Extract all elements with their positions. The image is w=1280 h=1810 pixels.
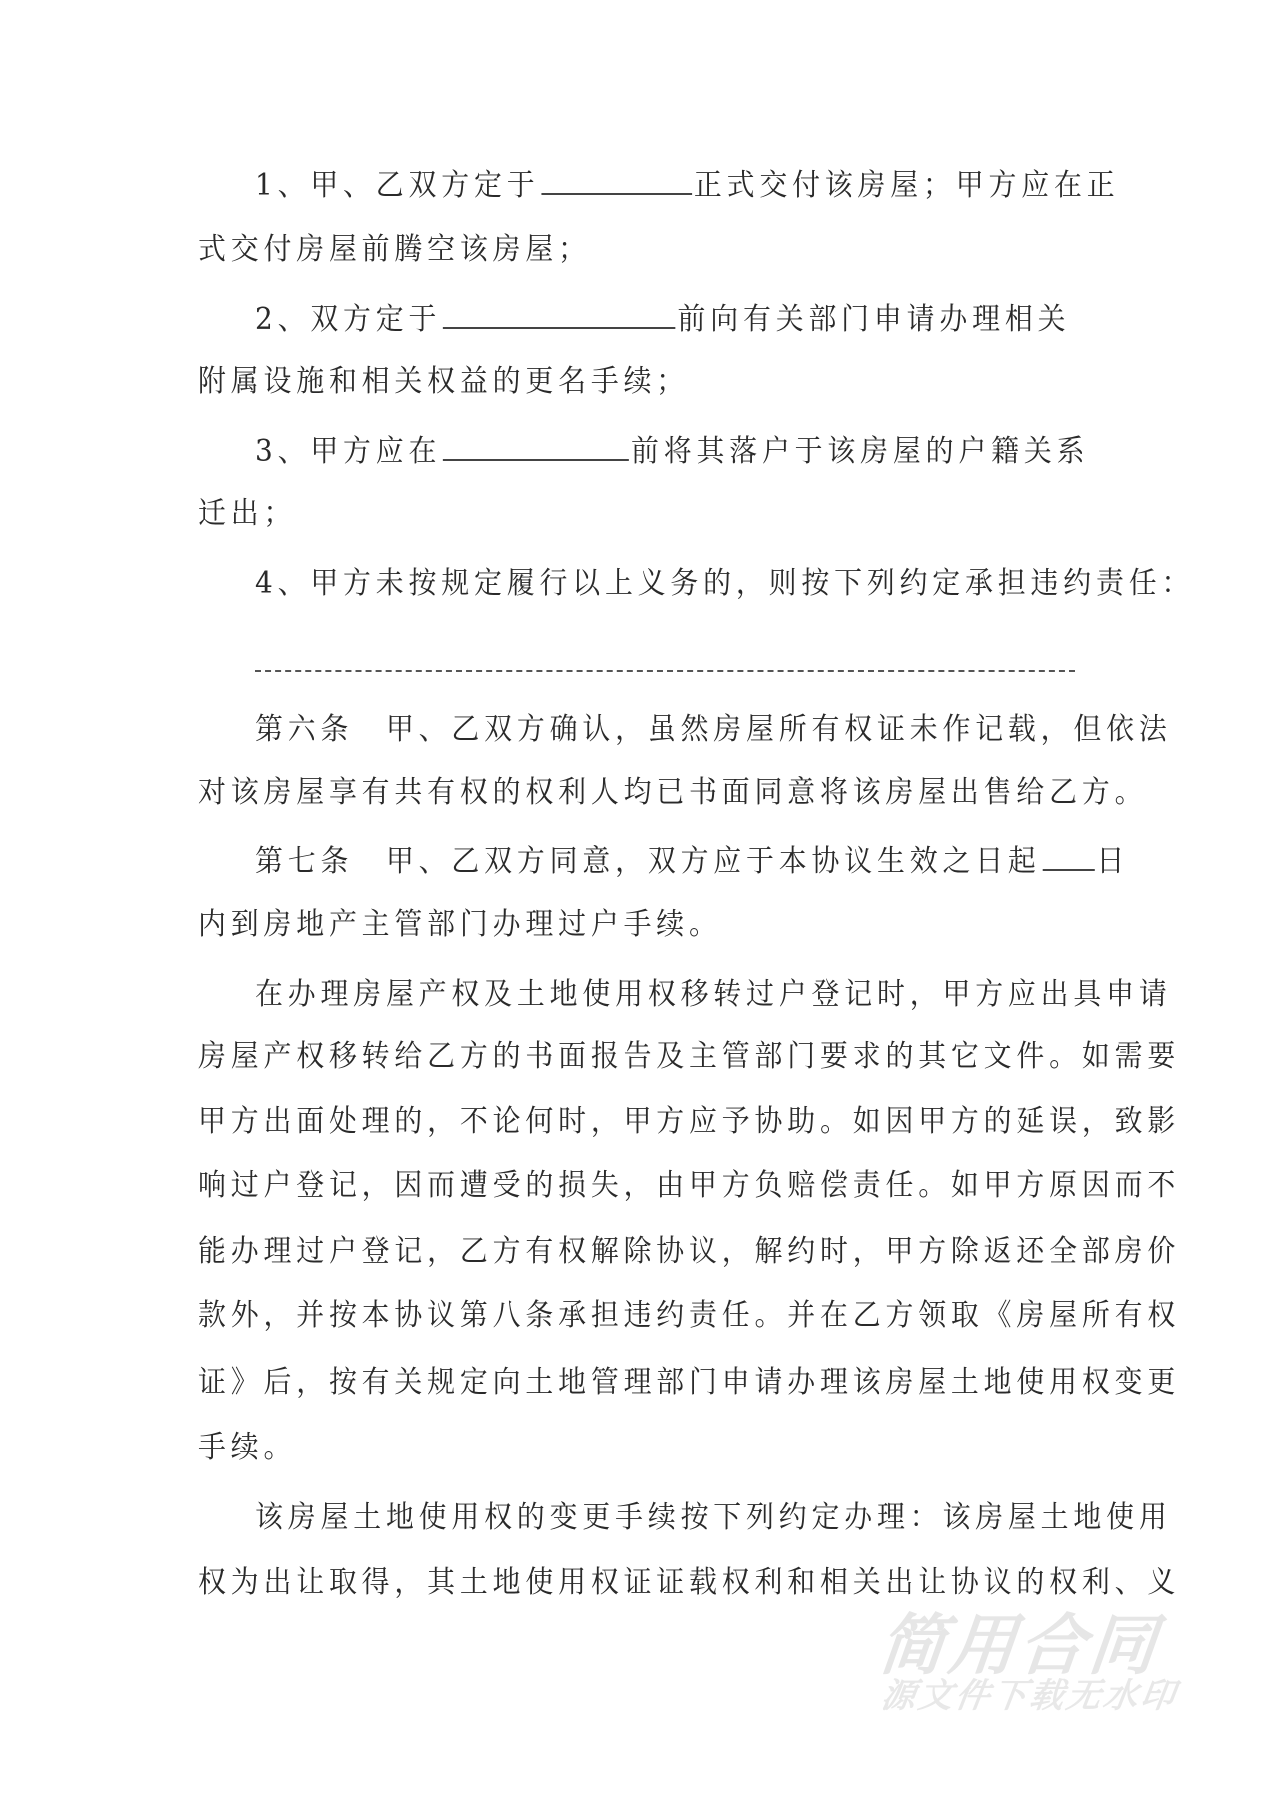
clause-5-item-2: 2、双方定于前向有关部门申请办理相关	[255, 300, 1070, 340]
transfer-paragraph-cont: 甲方出面处理的，不论何时，甲方应予协助。如因甲方的延误，致影	[198, 1102, 1180, 1142]
transfer-paragraph-cont: 房屋产权移转给乙方的书面报告及主管部门要求的其它文件。如需要	[198, 1037, 1180, 1077]
date-blank-field[interactable]	[541, 167, 692, 195]
text: 前将其落户于该房屋的户籍关系	[631, 434, 1089, 469]
date-blank-field[interactable]	[443, 301, 676, 329]
transfer-paragraph-cont: 能办理过户登记，乙方有权解除协议，解约时，甲方除返还全部房价	[198, 1232, 1180, 1272]
text: 第七条 甲、乙双方同意，双方应于本协议生效之日起	[255, 844, 1041, 879]
watermark-subtitle: 源文件下载无水印	[879, 1668, 1182, 1717]
clause-5-item-2-cont: 附属设施和相关权益的更名手续；	[198, 362, 689, 402]
land-use-paragraph: 该房屋土地使用权的变更手续按下列约定办理：该房屋土地使用	[255, 1498, 1172, 1538]
clause-5-item-4: 4、甲方未按规定履行以上义务的，则按下列约定承担违约责任：	[255, 564, 1194, 604]
clause-5-item-3-cont: 迁出；	[198, 494, 296, 534]
transfer-paragraph-cont: 响过户登记，因而遭受的损失，由甲方负赔偿责任。如甲方原因而不	[198, 1166, 1180, 1206]
clause-5-item-1: 1、甲、乙双方定于正式交付该房屋；甲方应在正	[255, 166, 1119, 206]
text: 1、甲、乙双方定于	[255, 168, 539, 203]
clause-5-item-1-cont: 式交付房屋前腾空该房屋；	[198, 230, 591, 270]
clause-6: 第六条 甲、乙双方确认，虽然房屋所有权证未作记载，但依法	[255, 710, 1172, 750]
transfer-paragraph: 在办理房屋产权及土地使用权移转过户登记时，甲方应出具申请	[255, 975, 1172, 1015]
date-blank-field[interactable]	[443, 433, 629, 461]
clause-5-item-3: 3、甲方应在前将其落户于该房屋的户籍关系	[255, 432, 1089, 472]
text: 3、甲方应在	[255, 434, 441, 469]
days-blank-field[interactable]	[1043, 843, 1095, 871]
clause-6-cont: 对该房屋享有共有权的权利人均已书面同意将该房屋出售给乙方。	[198, 773, 1147, 813]
text: 2、双方定于	[255, 302, 441, 337]
transfer-paragraph-cont: 证》后，按有关规定向土地管理部门申请办理该房屋土地使用权变更	[198, 1363, 1180, 1403]
transfer-paragraph-cont: 手续。	[198, 1428, 296, 1468]
text: 日	[1096, 844, 1129, 879]
penalty-blank-line[interactable]	[255, 670, 1075, 672]
clause-7-cont: 内到房地产主管部门办理过户手续。	[198, 905, 722, 945]
text: 正式交付该房屋；甲方应在正	[694, 168, 1120, 203]
text: 前向有关部门申请办理相关	[677, 302, 1070, 337]
transfer-paragraph-cont: 款外，并按本协议第八条承担违约责任。并在乙方领取《房屋所有权	[198, 1296, 1180, 1336]
clause-7: 第七条 甲、乙双方同意，双方应于本协议生效之日起日	[255, 842, 1129, 882]
